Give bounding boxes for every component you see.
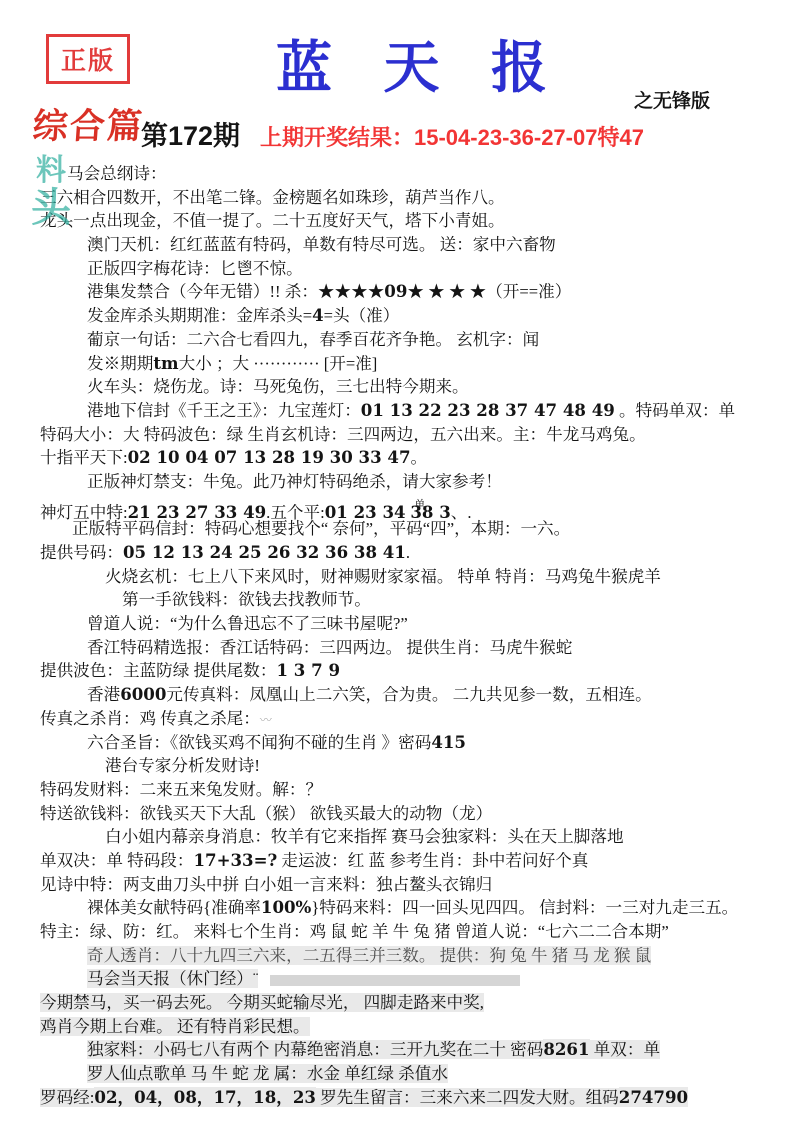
text-segment: 曾道人说：“为什么鲁迅忘不了三味书屋呢?” xyxy=(87,614,408,633)
text-segment: 415 xyxy=(431,732,466,752)
text-segment: 特码大小：大 特码波色：绿 生肖玄机诗：三四两边，五六出来。主：牛龙马鸡兔。 xyxy=(40,425,646,444)
text-segment: 火车头：烧伤龙。诗：马死兔伤，三七出特今期来。 xyxy=(87,377,469,396)
text-segment: 17+33=? xyxy=(194,850,278,870)
text-segment: tm xyxy=(153,353,178,373)
body-line: 港台专家分析发财诗! xyxy=(0,754,793,778)
text-segment: 今期禁马，买一码去死。 今期买蛇输尽光， 四脚走路来中奖, xyxy=(40,993,484,1012)
text-segment: 单双：单 xyxy=(590,1040,661,1059)
body-line: 特码发财料：二来五来兔发财。解：？ xyxy=(0,778,793,802)
text-segment: 见诗中特：两支曲刀头中拼 白小姐一言来料：独占鳌头衣锦归 xyxy=(40,875,492,894)
text-segment: 传真之杀肖：鸡 传真之杀尾： xyxy=(40,709,260,728)
text-segment: 274790 xyxy=(619,1087,688,1107)
text-segment: 香港 xyxy=(87,685,120,704)
body-line: 白小姐内幕亲身消息：牧羊有它来指挥 赛马会独家料：头在天上脚落地 xyxy=(0,825,793,849)
text-segment: 发※期期 xyxy=(87,354,153,373)
body-line: 正版神灯禁支：牛兔。此乃神灯特码绝杀，请大家参考！ xyxy=(0,470,793,494)
body-line: 马会总纲诗： xyxy=(0,162,793,186)
body-line: 曾道人说：“为什么鲁迅忘不了三味书屋呢?” xyxy=(0,612,793,636)
body-line: 龙头一点出现金，不值一提了。二十五度好天气，塔下小青姐。 xyxy=(0,209,793,233)
text-segment: 港地下信封《千王之王》：九宝莲灯： xyxy=(87,401,361,420)
text-segment: 鸡肖今期上台难。 还有特肖彩民想。 xyxy=(40,1017,310,1036)
section-title: 综合篇 xyxy=(31,99,146,149)
body-line: 港集发禁合（今年无错）!! 杀：★★★★09★ ★ ★ ★（开==准） xyxy=(0,280,793,304)
text-segment: . xyxy=(406,543,410,562)
body-line: 香港6000元传真料：凤凰山上二六笑，合为贵。 二九共见参一数，五相连。 xyxy=(0,683,793,707)
text-segment: 提供号码： xyxy=(40,543,123,562)
teal-watermark: 料 头 xyxy=(28,156,74,228)
body-line: 特主：绿、防：红。 来料七个生肖：鸡 鼠 蛇 羊 牛 兔 猪 曾道人说：“七六二… xyxy=(0,920,793,944)
text-segment: 马会总纲诗： xyxy=(67,164,167,183)
last-draw-result: 上期开奖结果：15-04-23-36-27-07特47 xyxy=(260,121,644,152)
body-line: 发※期期tm大小 ；大 ············ [开=准] xyxy=(0,352,793,376)
body-line: 罗码经:02，04，08，17，18，23 罗先生留言：三来六来二四发大财。组码… xyxy=(0,1086,793,1110)
text-segment: 〰 xyxy=(260,713,272,727)
text-segment: 裸体美女献特码{准确率 xyxy=(87,898,261,917)
edition-label: 之无锋版 xyxy=(634,86,710,113)
text-segment: 罗码经: xyxy=(40,1088,94,1107)
text-segment: 特主：绿、防：红。 来料七个生肖：鸡 鼠 蛇 羊 牛 兔 猪 曾道人说：“七六二… xyxy=(40,922,669,941)
watermark-char: 料 xyxy=(28,156,74,186)
text-segment: }特码来料：四一回头见四四。 信封料：一三对九走三五。 xyxy=(311,898,738,917)
body-line: 六合圣旨：《欲钱买鸡不闻狗不碰的生肖 》密码415 xyxy=(0,731,793,755)
body-line: 罗人仙点歌单 马 牛 蛇 龙 属：水金 单红绿 杀值水 xyxy=(0,1062,793,1086)
body-line: 正版特平码信封：特码心想要找个“ 奈何”，平码“四”，本期：一六。 xyxy=(0,517,793,541)
text-segment: 特送欲钱料：欲钱买天下大乱（猴） 欲钱买最大的动物（龙） xyxy=(40,804,492,823)
text-segment: 奇人透肖：八十九四三六来，二五得三并三数。 提供：狗 兔 牛 猪 马 龙 猴 鼠 xyxy=(87,946,651,965)
text-segment: 罗先生留言：三来六来二四发大财。组码 xyxy=(316,1088,619,1107)
body-line: 鸡肖今期上台难。 还有特肖彩民想。 xyxy=(0,1015,793,1039)
body-line: 澳门天机：红红蓝蓝有特码，单数有特尽可选。 送：家中六畜物 xyxy=(0,233,793,257)
text-segment: 4 xyxy=(312,305,324,325)
text-segment: 三六相合四数开，不出笔二锋。金榜题名如珠珍，葫芦当作八。 xyxy=(40,188,505,207)
text-segment: 马会当天报（休门经）¨ xyxy=(87,969,258,988)
body-line: 发金库杀头期期准：金库杀头=4=头（准） xyxy=(0,304,793,328)
body-line: 裸体美女献特码{准确率100%}特码来料：四一回头见四四。 信封料：一三对九走三… xyxy=(0,896,793,920)
text-segment: 走运波：红 蓝 参考生肖：卦中若问好个真 xyxy=(277,851,588,870)
text-segment: 火烧玄机：七上八下来风时，财神赐财家家福。 特单 特肖：马鸡兔牛猴虎羊 xyxy=(105,567,661,586)
body-line: 马会当天报（休门经）¨ xyxy=(0,967,793,991)
text-segment: 第一手欲钱料：欲钱去找教师节。 xyxy=(122,590,371,609)
text-segment: 六合圣旨：《欲钱买鸡不闻狗不碰的生肖 》密码 xyxy=(87,733,431,752)
body-line: 火烧玄机：七上八下来风时，财神赐财家家福。 特单 特肖：马鸡兔牛猴虎羊 xyxy=(0,565,793,589)
text-segment: 8261 xyxy=(543,1039,589,1059)
authenticity-badge: 正版 xyxy=(46,34,130,84)
text-segment: =头（准） xyxy=(324,306,400,325)
text-segment: 澳门天机：红红蓝蓝有特码，单数有特尽可选。 送：家中六畜物 xyxy=(87,235,556,254)
text-segment: 港集发禁合（今年无错）!! 杀： xyxy=(87,282,318,301)
body-line: 提供波色：主蓝防绿 提供尾数：1 3 7 9 xyxy=(0,659,793,683)
body-line: 独家料：小码七八有两个 内幕绝密消息：三开九奖在二十 密码8261 单双：单 xyxy=(0,1038,793,1062)
text-segment: 正版特平码信封：特码心想要找个“ 奈何”，平码“四”，本期：一六。 xyxy=(72,519,570,538)
body-line: 正版四字梅花诗：匕鬯不惊。 xyxy=(0,257,793,281)
text-segment: 02 10 04 07 13 28 19 30 33 47 xyxy=(128,447,411,467)
text-segment: 香江特码精选报：香江话特码：三四两边。 提供生肖：马虎牛猴蛇 xyxy=(87,638,572,657)
text-segment: 1 3 7 9 xyxy=(276,660,340,680)
text-segment: 02，04，08，17，18，23 xyxy=(94,1087,316,1107)
text-segment: 大小 ；大 ············ [开=准] xyxy=(179,354,378,373)
body-line: 香江特码精选报：香江话特码：三四两边。 提供生肖：马虎牛猴蛇 xyxy=(0,636,793,660)
text-segment: ★ ★ ★ ★ xyxy=(407,282,486,301)
body-line: 十指平天下:02 10 04 07 13 28 19 30 33 47。 xyxy=(0,446,793,470)
text-segment: 发金库杀头期期准：金库杀头= xyxy=(87,306,312,325)
text-segment: ★★★★ xyxy=(318,282,384,301)
text-segment: 特码发财料：二来五来兔发财。解：？ xyxy=(40,780,322,799)
body-line: 第一手欲钱料：欲钱去找教师节。 xyxy=(0,588,793,612)
text-segment: 白小姐内幕亲身消息：牧羊有它来指挥 赛马会独家料：头在天上脚落地 xyxy=(105,827,624,846)
text-segment: 独家料：小码七八有两个 内幕绝密消息：三开九奖在二十 密码 xyxy=(87,1040,543,1059)
text-segment: 元传真料：凤凰山上二六笑，合为贵。 二九共见参一数，五相连。 xyxy=(166,685,651,704)
scan-smudge xyxy=(270,975,520,986)
text-segment: 6000 xyxy=(120,684,166,704)
text-segment: 09 xyxy=(384,281,407,301)
body-line: 奇人透肖：八十九四三六来，二五得三并三数。 提供：狗 兔 牛 猪 马 龙 猴 鼠 xyxy=(0,944,793,968)
body-line: 特码大小：大 特码波色：绿 生肖玄机诗：三四两边，五六出来。主：牛龙马鸡兔。 xyxy=(0,423,793,447)
body-line: 单双决：单 特码段：17+33=? 走运波：红 蓝 参考生肖：卦中若问好个真 xyxy=(0,849,793,873)
body-line: 特送欲钱料：欲钱买天下大乱（猴） 欲钱买最大的动物（龙） xyxy=(0,802,793,826)
text-segment: 罗人仙点歌单 马 牛 蛇 龙 属：水金 单红绿 杀值水 xyxy=(87,1064,448,1083)
text-segment: 。 xyxy=(411,448,428,467)
body-line: 今期禁马，买一码去死。 今期买蛇输尽光， 四脚走路来中奖, xyxy=(0,991,793,1015)
body-line: 港地下信封《千王之王》：九宝莲灯：01 13 22 23 28 37 47 48… xyxy=(0,399,793,423)
text-segment: 100% xyxy=(261,897,311,917)
text-segment: 单双决：单 特码段： xyxy=(40,851,194,870)
text-segment: 01 13 22 23 28 37 47 48 49 xyxy=(361,400,615,420)
newspaper-page: 正版 蓝 天 报 之无锋版 综合篇 第172期 上期开奖结果：15-04-23-… xyxy=(0,0,793,1122)
text-segment: 05 12 13 24 25 26 32 36 38 41 xyxy=(123,542,406,562)
text-segment: 正版四字梅花诗：匕鬯不惊。 xyxy=(87,259,303,278)
text-segment: 提供波色：主蓝防绿 提供尾数： xyxy=(40,661,276,680)
body-line: 提供号码：05 12 13 24 25 26 32 36 38 41. xyxy=(0,541,793,565)
paper-title: 蓝 天 报 xyxy=(276,24,555,104)
issue-number: 第172期 xyxy=(141,114,240,153)
body-line: 见诗中特：两支曲刀头中拼 白小姐一言来料：独占鳌头衣锦归 xyxy=(0,873,793,897)
body-line: 传真之杀肖：鸡 传真之杀尾：〰 xyxy=(0,707,793,731)
body-line: 火车头：烧伤龙。诗：马死兔伤，三七出特今期来。 xyxy=(0,375,793,399)
body-line: 葡京一句话：二六合七看四九，春季百花齐争艳。 玄机字：闻 xyxy=(0,328,793,352)
body-line: 神灯五中特:21 23 27 33 49.五个平:01 23 34 单38 3、… xyxy=(0,494,793,518)
text-segment: 港台专家分析发财诗! xyxy=(105,756,260,775)
text-segment: （开==准） xyxy=(486,282,571,301)
text-segment: 正版神灯禁支：牛兔。此乃神灯特码绝杀，请大家参考！ xyxy=(87,472,502,491)
watermark-char: 头 xyxy=(28,188,74,228)
text-segment: 十指平天下: xyxy=(40,448,128,467)
body-line: 三六相合四数开，不出笔二锋。金榜题名如珠珍，葫芦当作八。 xyxy=(0,186,793,210)
text-segment: 龙头一点出现金，不值一提了。二十五度好天气，塔下小青姐。 xyxy=(40,211,505,230)
body-lines: 马会总纲诗：三六相合四数开，不出笔二锋。金榜题名如珠珍，葫芦当作八。龙头一点出现… xyxy=(0,162,793,1110)
text-segment: 葡京一句话：二六合七看四九，春季百花齐争艳。 玄机字：闻 xyxy=(87,330,539,349)
text-segment: 。特码单双：单 xyxy=(615,401,735,420)
